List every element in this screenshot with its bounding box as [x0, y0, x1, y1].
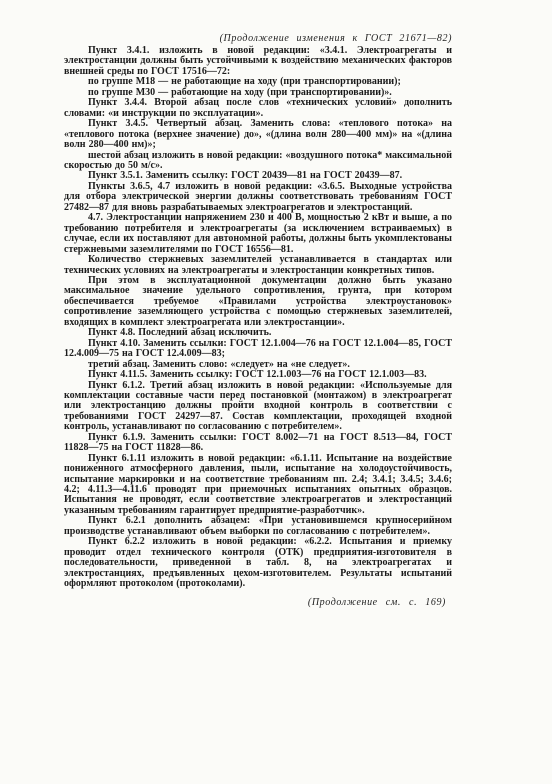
paragraph: 4.7. Электростанции напряжением 230 и 40… [64, 213, 452, 255]
paragraph: Пункт 6.2.2 изложить в новой редакции: «… [64, 537, 452, 589]
paragraph: Пункт 3.4.1. изложить в новой редакции: … [64, 46, 452, 77]
paragraph: Пункт 4.10. Заменить ссылки: ГОСТ 12.1.0… [64, 339, 452, 360]
paragraph: Пункт 6.1.9. Заменить ссылки: ГОСТ 8.002… [64, 433, 452, 454]
paragraph: Пункт 3.4.5. Четвертый абзац. Заменить с… [64, 119, 452, 150]
document-body: Пункт 3.4.1. изложить в новой редакции: … [64, 46, 452, 590]
paragraph: Пункты 3.6.5, 4.7 изложить в новой редак… [64, 182, 452, 213]
continuation-footer: (Продолжение см. с. 169) [64, 597, 452, 608]
paragraph: Пункт 4.11.5. Заменить ссылку: ГОСТ 12.1… [64, 370, 452, 380]
paragraph: Пункт 3.4.4. Второй абзац после слов «те… [64, 98, 452, 119]
paragraph: Пункт 6.2.1 дополнить абзацем: «При уста… [64, 516, 452, 537]
paragraph: Количество стержневых заземлителей устан… [64, 255, 452, 276]
paragraph: При этом в эксплуатационной документации… [64, 276, 452, 328]
paragraph: Пункт 6.1.11 изложить в новой редакции: … [64, 454, 452, 517]
paragraph: шестой абзац изложить в новой редакции: … [64, 151, 452, 172]
continuation-header: (Продолжение изменения к ГОСТ 21671—82) [64, 33, 452, 44]
paragraph: Пункт 6.1.2. Третий абзац изложить в нов… [64, 381, 452, 433]
document-page: { "document": { "header_note": "(Продолж… [0, 0, 552, 784]
page: (Продолжение изменения к ГОСТ 21671—82) … [0, 0, 552, 784]
